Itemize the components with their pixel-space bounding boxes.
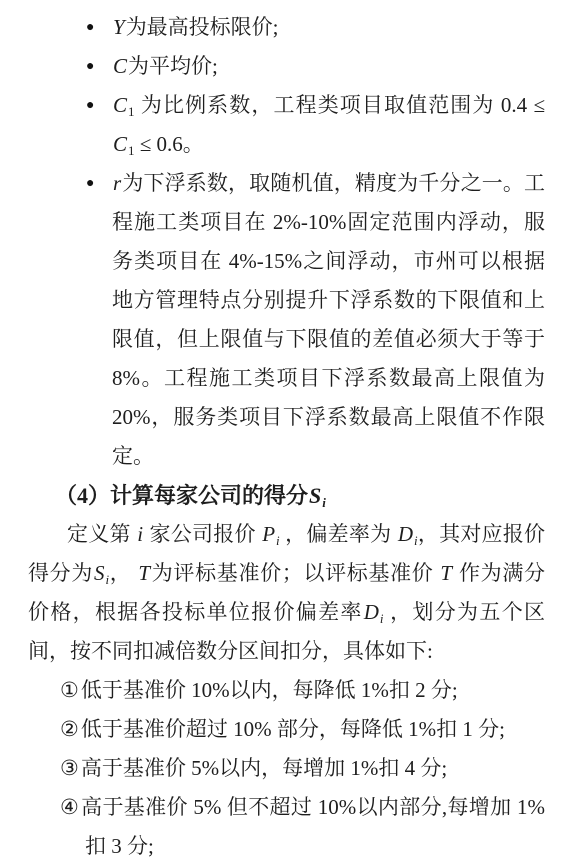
list-item: ● C为平均价; xyxy=(112,47,545,86)
circled-number-icon: ④ xyxy=(60,795,81,819)
rule-text: 低于基准价超过 10% 部分，每降低 1%扣 1 分; xyxy=(81,717,505,741)
math-variable: C xyxy=(112,132,128,156)
list-item: ③高于基准价 5%以内，每增加 1%扣 4 分; xyxy=(85,749,545,788)
circled-number-icon: ② xyxy=(60,717,81,741)
list-item: ● C1 为比例系数，工程类项目取值范围为 0.4 ≤ C1 ≤ 0.6。 xyxy=(112,86,545,164)
text-run: 定义第 xyxy=(67,522,136,546)
text-run: ，偏差率为 xyxy=(280,522,397,546)
variable-definition-list: ● Y为最高投标限价; ● C为平均价; ● C1 为比例系数，工程类项目取值范… xyxy=(28,8,545,476)
math-variable: D xyxy=(363,600,380,624)
text-run: ， xyxy=(109,561,137,585)
math-variable: T xyxy=(439,561,453,585)
rule-text: 高于基准价 5%以内，每增加 1%扣 4 分; xyxy=(81,756,447,780)
math-variable: i xyxy=(136,522,144,546)
math-variable: T xyxy=(137,561,151,585)
bullet-icon: ● xyxy=(86,47,94,86)
math-subscript: i xyxy=(322,495,326,510)
text-run: ≤ 0.6。 xyxy=(135,132,204,156)
list-item: ● Y为最高投标限价; xyxy=(112,8,545,47)
text-run: 为比例系数，工程类项目取值范围为 0.4 ≤ xyxy=(135,93,545,117)
section-heading: （4）计算每家公司的得分Si xyxy=(55,476,545,515)
bullet-text: Y为最高投标限价; xyxy=(112,15,279,39)
circled-number-icon: ③ xyxy=(60,756,81,780)
rule-text: 低于基准价 10%以内，每降低 1%扣 2 分; xyxy=(81,678,458,702)
rule-text: 高于基准价 5% 但不超过 10%以内部分,每增加 1%扣 3 分; xyxy=(81,795,545,858)
text-run: 为评标基准价；以评标基准价 xyxy=(151,561,439,585)
text-run: （4）计算每家公司的得分 xyxy=(55,483,308,508)
math-variable: C xyxy=(112,54,128,78)
math-variable: Y xyxy=(112,15,126,39)
text-run: 为平均价; xyxy=(128,54,218,78)
definition-paragraph: 定义第 i 家公司报价 Pi ，偏差率为 Di，其对应报价得分为Si， T为评标… xyxy=(28,515,545,671)
text-run: 为最高投标限价; xyxy=(126,15,279,39)
list-item: ①低于基准价 10%以内，每降低 1%扣 2 分; xyxy=(85,671,545,710)
math-variable: D xyxy=(397,522,414,546)
text-run: 家公司报价 xyxy=(144,522,261,546)
bullet-text: C1 为比例系数，工程类项目取值范围为 0.4 ≤ C1 ≤ 0.6。 xyxy=(112,93,545,156)
document-page: ● Y为最高投标限价; ● C为平均价; ● C1 为比例系数，工程类项目取值范… xyxy=(0,0,571,858)
bullet-text: C为平均价; xyxy=(112,54,218,78)
math-variable: C xyxy=(112,93,128,117)
bullet-icon: ● xyxy=(86,8,94,47)
text-run: 为下浮系数，取随机值，精度为千分之一。工程施工类项目在 2%-10%固定范围内浮… xyxy=(112,171,545,468)
math-variable: r xyxy=(112,171,122,195)
bullet-text: r为下浮系数，取随机值，精度为千分之一。工程施工类项目在 2%-10%固定范围内… xyxy=(112,171,545,468)
score-rule-list: ①低于基准价 10%以内，每降低 1%扣 2 分; ②低于基准价超过 10% 部… xyxy=(28,671,545,858)
math-variable: S xyxy=(93,561,106,585)
circled-number-icon: ① xyxy=(60,678,81,702)
list-item: ④高于基准价 5% 但不超过 10%以内部分,每增加 1%扣 3 分; xyxy=(85,788,545,858)
list-item: ②低于基准价超过 10% 部分，每降低 1%扣 1 分; xyxy=(85,710,545,749)
bullet-icon: ● xyxy=(86,164,94,203)
list-item: ● r为下浮系数，取随机值，精度为千分之一。工程施工类项目在 2%-10%固定范… xyxy=(112,164,545,476)
math-variable: P xyxy=(261,522,276,546)
math-variable: S xyxy=(308,483,322,508)
bullet-icon: ● xyxy=(86,86,94,125)
